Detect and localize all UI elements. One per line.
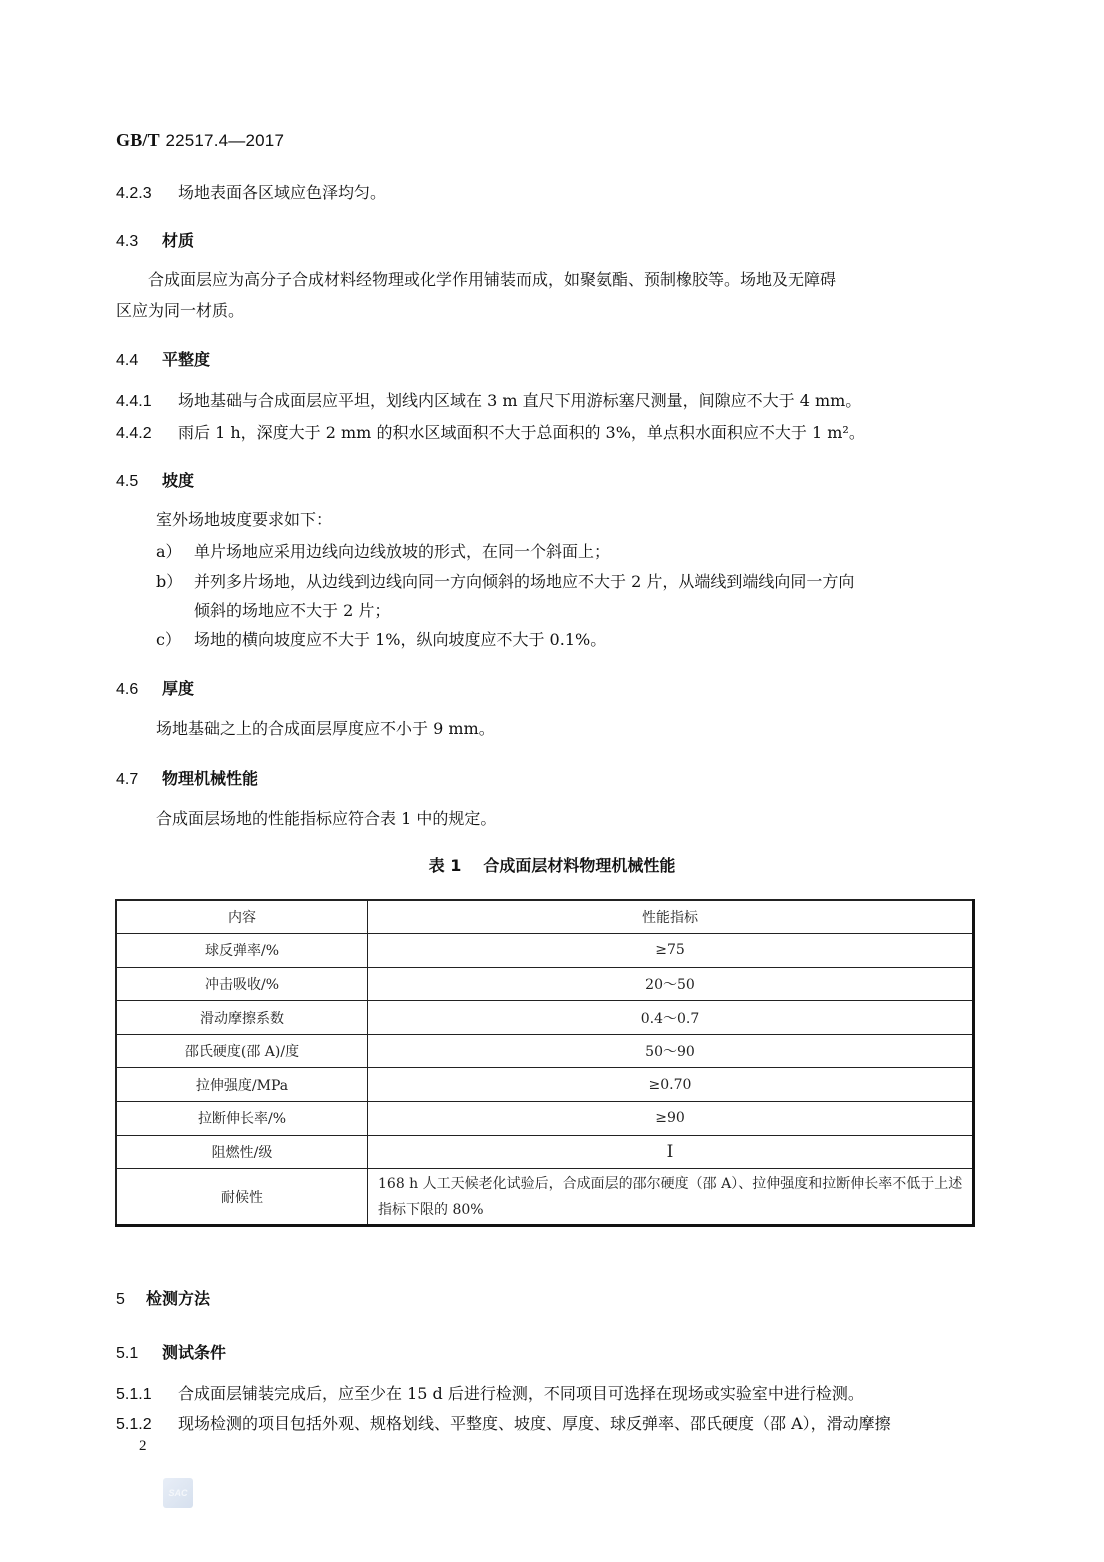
- table-row: 滑动摩擦系数 0.4～0.7: [116, 1001, 974, 1035]
- clause-text: 现场检测的项目包括外观、规格划线、平整度、坡度、厚度、球反弹率、邵氏硬度（邵 A…: [178, 1414, 891, 1433]
- list-text: 并列多片场地，从边线到边线向同一方向倾斜的场地应不大于 2 片，从端线到端线向同…: [194, 572, 854, 591]
- cell-item: 耐候性: [116, 1169, 368, 1226]
- list-item-c: c）场地的横向坡度应不大于 1%，纵向坡度应不大于 0.1%。: [156, 630, 606, 650]
- heading-number: 4.4: [116, 352, 162, 370]
- cell-spec: 50～90: [368, 1034, 974, 1068]
- cell-spec: 168 h 人工天候老化试验后，合成面层的邵尔硬度（邵 A）、拉伸强度和拉断伸长…: [368, 1169, 974, 1226]
- heading-number: 5.1: [116, 1345, 162, 1363]
- page-number: 2: [139, 1438, 147, 1455]
- list-marker: b）: [156, 572, 194, 592]
- list-item-a: a）单片场地应采用边线向边线放坡的形式，在同一个斜面上；: [156, 542, 610, 562]
- paragraph-4-3-line1: 合成面层应为高分子合成材料经物理或化学作用铺装而成，如聚氨酯、预制橡胶等。场地及…: [148, 270, 836, 290]
- table-caption: 表 1合成面层材料物理机械性能: [0, 853, 1104, 876]
- cell-spec: Ⅰ: [368, 1135, 974, 1169]
- table-row: 拉伸强度/MPa ≥0.70: [116, 1068, 974, 1102]
- list-marker: c）: [156, 630, 194, 650]
- clause-4-2-3: 4.2.3场地表面各区域应色泽均匀。: [116, 183, 386, 204]
- cell-item: 拉伸强度/MPa: [116, 1068, 368, 1102]
- table-row: 阻燃性/级 Ⅰ: [116, 1135, 974, 1169]
- list-text: 单片场地应采用边线向边线放坡的形式，在同一个斜面上；: [194, 542, 610, 561]
- clause-text: 合成面层铺装完成后，应至少在 15 d 后进行检测，不同项目可选择在现场或实验室…: [178, 1384, 864, 1403]
- clause-5-1-2: 5.1.2现场检测的项目包括外观、规格划线、平整度、坡度、厚度、球反弹率、邵氏硬…: [116, 1414, 891, 1435]
- heading-number: 4.3: [116, 233, 162, 251]
- column-header-spec: 性能指标: [368, 900, 974, 934]
- cell-item: 阻燃性/级: [116, 1135, 368, 1169]
- heading-4-7: 4.7物理机械性能: [116, 766, 258, 789]
- standard-number: 22517.4—2017: [165, 131, 284, 150]
- heading-4-3: 4.3材质: [116, 228, 194, 251]
- heading-4-6: 4.6厚度: [116, 676, 194, 699]
- cell-item: 冲击吸收/%: [116, 967, 368, 1001]
- clause-number: 4.2.3: [116, 184, 178, 204]
- table-title: 合成面层材料物理机械性能: [483, 856, 675, 875]
- standard-prefix: GB/T: [116, 130, 160, 150]
- clause-4-4-2: 4.4.2雨后 1 h，深度大于 2 mm 的积水区域面积不大于总面积的 3%，…: [116, 423, 865, 444]
- clause-4-4-1: 4.4.1场地基础与合成面层应平坦，划线内区域在 3 m 直尺下用游标塞尺测量，…: [116, 391, 861, 412]
- heading-title: 坡度: [162, 471, 194, 490]
- cell-spec: ≥90: [368, 1102, 974, 1136]
- heading-title: 平整度: [162, 350, 210, 369]
- heading-4-5: 4.5坡度: [116, 468, 194, 491]
- clause-text: 场地基础与合成面层应平坦，划线内区域在 3 m 直尺下用游标塞尺测量，间隙应不大…: [178, 391, 861, 410]
- list-text: 场地的横向坡度应不大于 1%，纵向坡度应不大于 0.1%。: [194, 630, 606, 649]
- heading-number: 4.5: [116, 473, 162, 491]
- column-header-item: 内容: [116, 900, 368, 934]
- cell-spec: ≥0.70: [368, 1068, 974, 1102]
- clause-text: 雨后 1 h，深度大于 2 mm 的积水区域面积不大于总面积的 3%，单点积水面…: [178, 423, 865, 442]
- cell-spec: 0.4～0.7: [368, 1001, 974, 1035]
- table-row: 球反弹率/% ≥75: [116, 934, 974, 968]
- list-item-b-continued: 倾斜的场地应不大于 2 片；: [194, 601, 390, 621]
- paragraph-4-6: 场地基础之上的合成面层厚度应不小于 9 mm。: [156, 719, 495, 739]
- list-item-b: b）并列多片场地，从边线到边线向同一方向倾斜的场地应不大于 2 片，从端线到端线…: [156, 572, 854, 592]
- cell-item: 邵氏硬度(邵 A)/度: [116, 1034, 368, 1068]
- paragraph-4-3-line2: 区应为同一材质。: [116, 301, 244, 321]
- clause-number: 4.4.2: [116, 424, 178, 444]
- heading-title: 厚度: [162, 679, 194, 698]
- table-number: 表 1: [429, 856, 462, 875]
- heading-number: 4.6: [116, 681, 162, 699]
- table-row: 冲击吸收/% 20～50: [116, 967, 974, 1001]
- list-marker: a）: [156, 542, 194, 562]
- heading-title: 检测方法: [146, 1289, 210, 1308]
- heading-title: 物理机械性能: [162, 769, 258, 788]
- paragraph-4-5-intro: 室外场地坡度要求如下：: [156, 510, 332, 530]
- clause-number: 4.4.1: [116, 392, 178, 412]
- performance-table: 内容 性能指标 球反弹率/% ≥75 冲击吸收/% 20～50 滑动摩擦系数 0…: [115, 899, 975, 1227]
- table-row: 拉断伸长率/% ≥90: [116, 1102, 974, 1136]
- sac-logo-icon: SAC: [163, 1478, 193, 1508]
- heading-4-4: 4.4平整度: [116, 347, 210, 370]
- clause-number: 5.1.2: [116, 1415, 178, 1435]
- cell-spec: ≥75: [368, 934, 974, 968]
- clause-number: 5.1.1: [116, 1385, 178, 1405]
- heading-title: 测试条件: [162, 1343, 226, 1362]
- cell-spec: 20～50: [368, 967, 974, 1001]
- heading-number: 4.7: [116, 771, 162, 789]
- table-row: 邵氏硬度(邵 A)/度 50～90: [116, 1034, 974, 1068]
- paragraph-4-7: 合成面层场地的性能指标应符合表 1 中的规定。: [156, 809, 496, 829]
- table-row: 耐候性 168 h 人工天候老化试验后，合成面层的邵尔硬度（邵 A）、拉伸强度和…: [116, 1169, 974, 1226]
- heading-5: 5检测方法: [116, 1286, 210, 1309]
- heading-number: 5: [116, 1291, 146, 1309]
- cell-item: 滑动摩擦系数: [116, 1001, 368, 1035]
- heading-5-1: 5.1测试条件: [116, 1340, 226, 1363]
- standard-code: GB/T 22517.4—2017: [116, 130, 284, 151]
- clause-5-1-1: 5.1.1合成面层铺装完成后，应至少在 15 d 后进行检测，不同项目可选择在现…: [116, 1384, 864, 1405]
- table-header-row: 内容 性能指标: [116, 900, 974, 934]
- clause-text: 场地表面各区域应色泽均匀。: [178, 183, 386, 202]
- cell-item: 拉断伸长率/%: [116, 1102, 368, 1136]
- cell-item: 球反弹率/%: [116, 934, 368, 968]
- heading-title: 材质: [162, 231, 194, 250]
